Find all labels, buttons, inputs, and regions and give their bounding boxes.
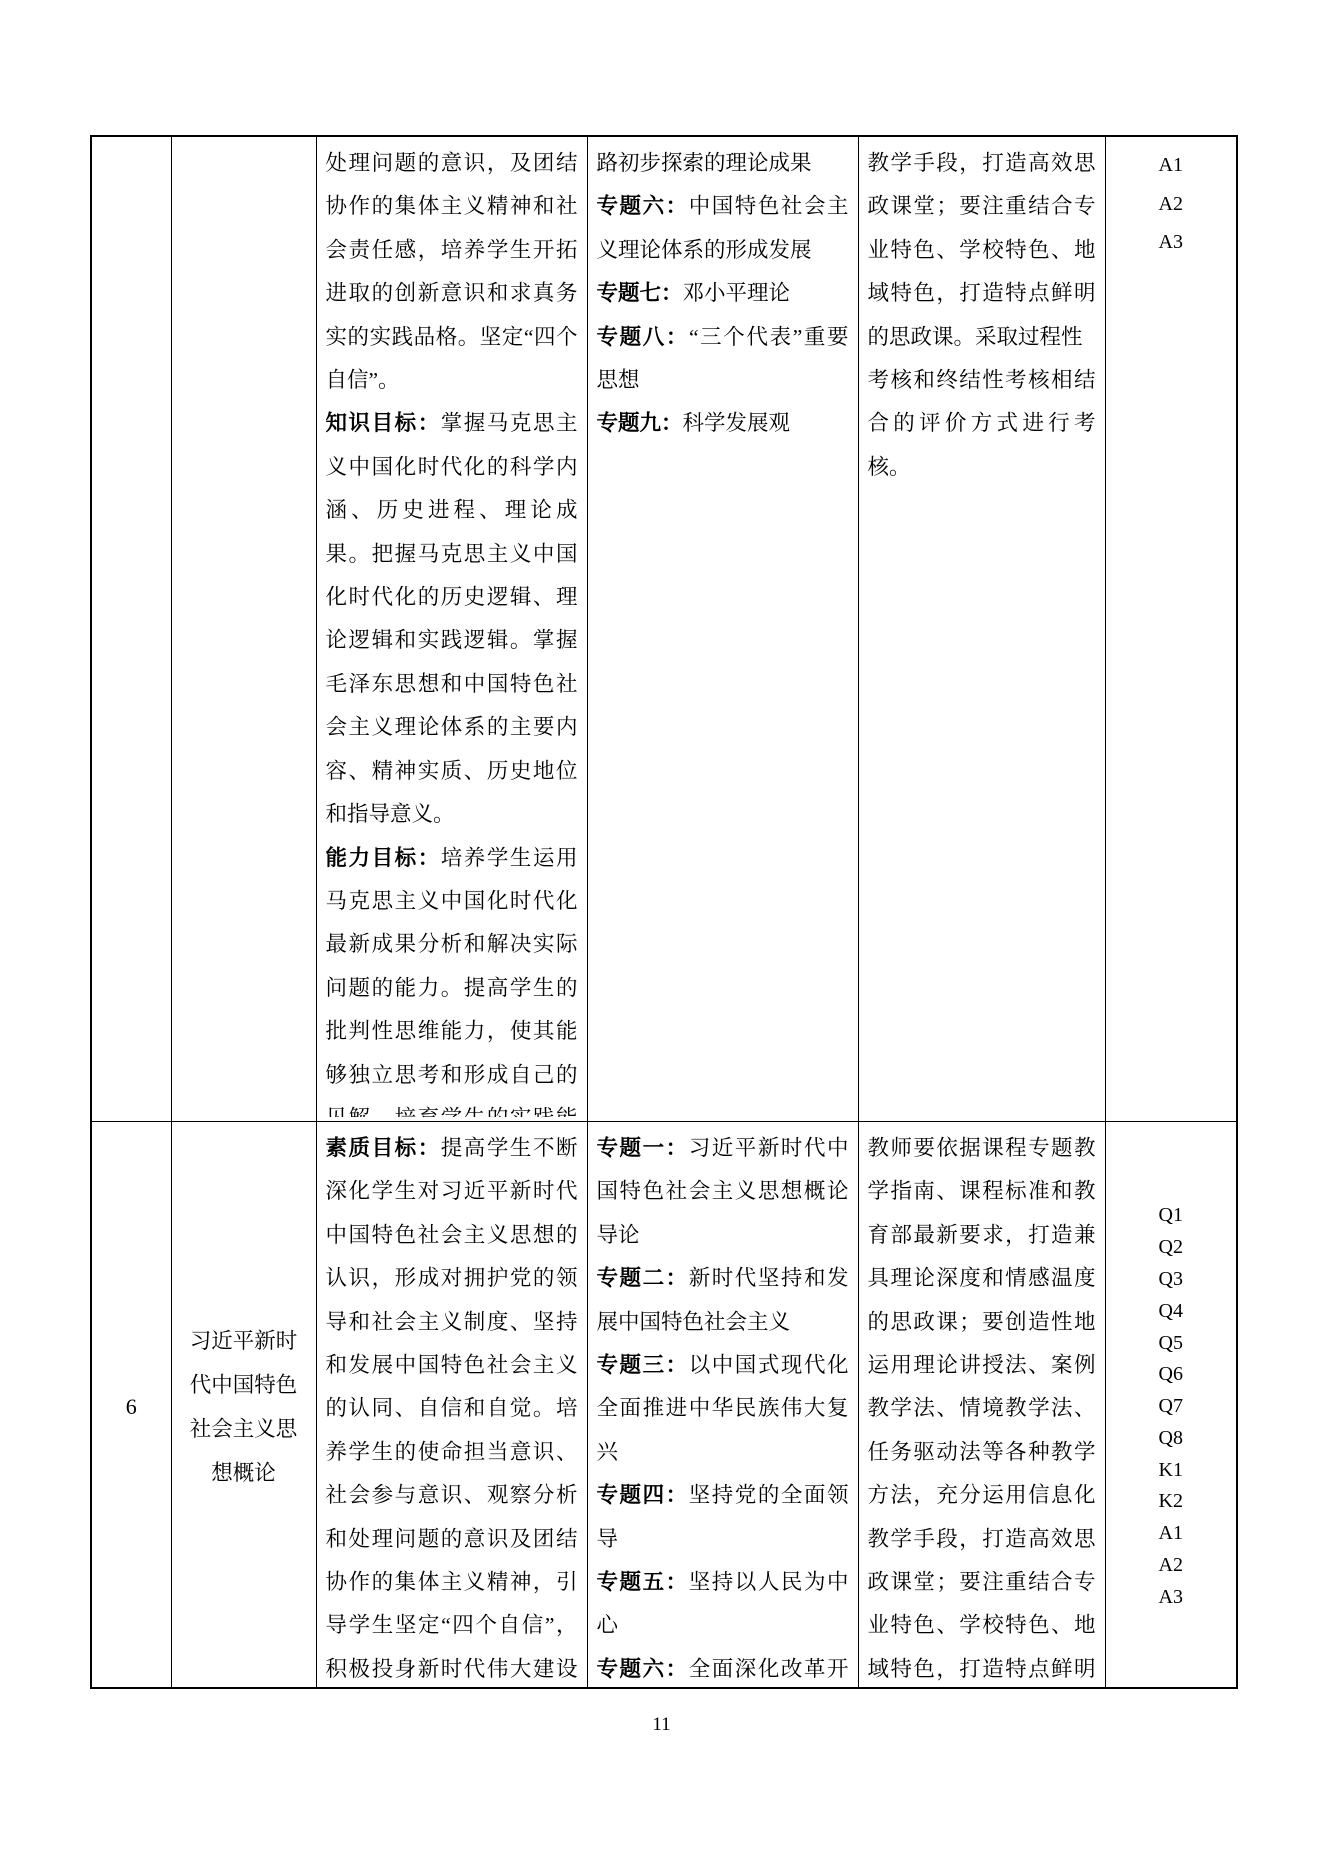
codes-list: Q1Q2Q3Q4Q5Q6Q7Q8K1K2A1A2A3 [1115, 1127, 1228, 1687]
table-row: 处理问题的意识，及团结协作的集体主义精神和社会责任感，培养学生开拓进取的创新意识… [91, 136, 1237, 1122]
teaching-methods-cell: 教师要依据课程专题教学指南、课程标准和教育部最新要求，打造兼具理论深度和情感温度… [858, 1122, 1105, 1689]
course-name [181, 142, 307, 1117]
row-number-cell [91, 136, 171, 1122]
row-number-cell: 6 [91, 1122, 171, 1689]
topics-cell: 专题一：习近平新时代中国特色社会主义思想概论导论专题二：新时代坚持和发展中国特色… [587, 1122, 858, 1689]
codes-list: A1A2A3 [1115, 142, 1228, 1121]
objectives-cell: 素质目标：提高学生不断深化学生对习近平新时代中国特色社会主义思想的认识，形成对拥… [316, 1122, 587, 1689]
course-plan-table: 处理问题的意识，及团结协作的集体主义精神和社会责任感，培养学生开拓进取的创新意识… [90, 135, 1238, 1689]
topics-text: 路初步探索的理论成果专题六：中国特色社会主义理论体系的形成发展专题七：邓小平理论… [597, 142, 849, 1117]
table-row: 6 习近平新时代中国特色社会主义思想概论 素质目标：提高学生不断深化学生对习近平… [91, 1122, 1237, 1689]
codes-cell: Q1Q2Q3Q4Q5Q6Q7Q8K1K2A1A2A3 [1105, 1122, 1237, 1689]
teaching-methods-cell: 教学手段，打造高效思政课堂；要注重结合专业特色、学校特色、地域特色，打造特点鲜明… [858, 136, 1105, 1122]
codes-cell: A1A2A3 [1105, 136, 1237, 1122]
course-name: 习近平新时代中国特色社会主义思想概论 [181, 1127, 307, 1687]
course-number: 6 [101, 1127, 162, 1687]
document-page: 处理问题的意识，及团结协作的集体主义精神和社会责任感，培养学生开拓进取的创新意识… [0, 0, 1323, 1871]
course-name-cell: 习近平新时代中国特色社会主义思想概论 [171, 1122, 316, 1689]
page-number: 11 [0, 1714, 1323, 1736]
course-name-cell [171, 136, 316, 1122]
course-number [101, 142, 162, 1117]
objectives-text: 处理问题的意识，及团结协作的集体主义精神和社会责任感，培养学生开拓进取的创新意识… [326, 142, 578, 1117]
objectives-text: 素质目标：提高学生不断深化学生对习近平新时代中国特色社会主义思想的认识，形成对拥… [326, 1127, 578, 1687]
topics-cell: 路初步探索的理论成果专题六：中国特色社会主义理论体系的形成发展专题七：邓小平理论… [587, 136, 858, 1122]
teaching-methods-text: 教师要依据课程专题教学指南、课程标准和教育部最新要求，打造兼具理论深度和情感温度… [868, 1127, 1096, 1687]
teaching-methods-text: 教学手段，打造高效思政课堂；要注重结合专业特色、学校特色、地域特色，打造特点鲜明… [868, 142, 1096, 1117]
topics-text: 专题一：习近平新时代中国特色社会主义思想概论导论专题二：新时代坚持和发展中国特色… [597, 1127, 849, 1687]
objectives-cell: 处理问题的意识，及团结协作的集体主义精神和社会责任感，培养学生开拓进取的创新意识… [316, 136, 587, 1122]
